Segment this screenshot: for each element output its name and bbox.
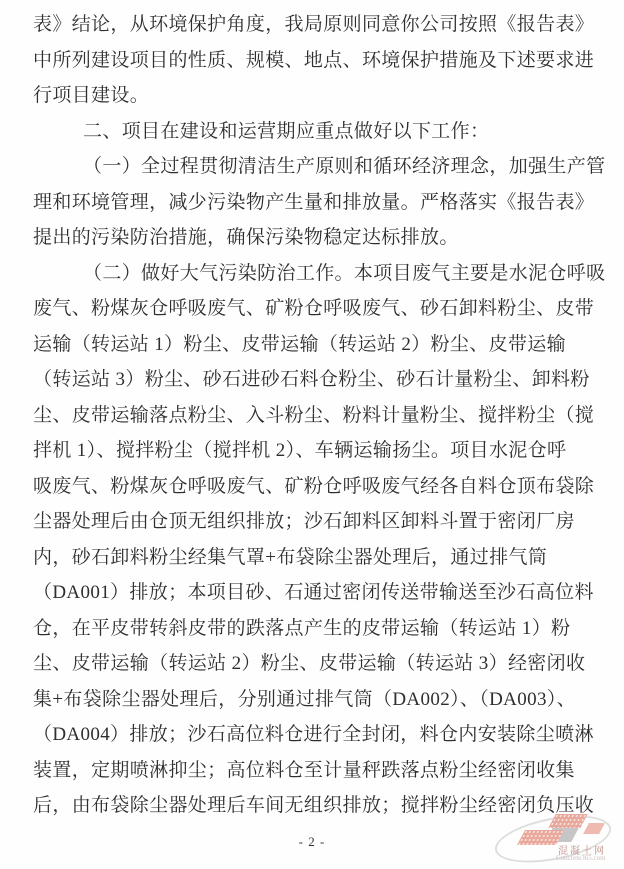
text-line: （一）全过程贯彻清洁生产原则和循环经济理念，加强生产管: [33, 149, 596, 185]
text-line: 中所列建设项目的性质、规模、地点、环境保护措施及下述要求进: [33, 43, 596, 79]
text-line: 二、项目在建设和运营期应重点做好以下工作：: [33, 114, 596, 150]
text-line: 表》结论，从环境保护角度，我局原则同意你公司按照《报告表》: [33, 7, 596, 43]
text-line: 内，砂石卸料粉尘经集气罩+布袋除尘器处理后，通过排气筒: [33, 540, 596, 576]
text-line: 尘器处理后由仓顶无组织排放；沙石卸料区卸料斗置于密闭厂房: [33, 504, 596, 540]
text-line: 行项目建设。: [33, 78, 596, 114]
text-line: 仓，在平皮带转斜皮带的跌落点产生的皮带运输（转运站 1）粉: [33, 611, 596, 647]
text-line: 集+布袋除尘器处理后，分别通过排气筒（DA002）、（DA003）、: [33, 682, 596, 718]
text-line: 提出的污染防治措施，确保污染物稳定达标排放。: [33, 220, 596, 256]
text-line: （DA001）排放；本项目砂、石通过密闭传送带输送至沙石高位料: [33, 575, 596, 611]
text-line: （二）做好大气污染防治工作。本项目废气主要是水泥仓呼吸: [33, 256, 596, 292]
concrete365-watermark-logo: 混凝土网 Concrete365.com: [490, 808, 622, 868]
document-page: 表》结论，从环境保护角度，我局原则同意你公司按照《报告表》 中所列建设项目的性质…: [0, 0, 624, 869]
text-line: （转运站 3）粉尘、砂石进砂石料仓粉尘、砂石计量粉尘、卸料粉: [33, 362, 596, 398]
text-line: 吸废气、粉煤灰仓呼吸废气、矿粉仓呼吸废气经各自料仓顶布袋除: [33, 469, 596, 505]
watermark-site-domain: Concrete365.com: [556, 854, 606, 862]
text-line: 装置，定期喷淋抑尘；高位料仓至计量秤跌落点粉尘经密闭收集: [33, 753, 596, 789]
text-line: 尘、皮带运输落点粉尘、入斗粉尘、粉料计量粉尘、搅拌粉尘（搅: [33, 398, 596, 434]
text-line: 理和环境管理，减少污染物产生量和排放量。严格落实《报告表》: [33, 185, 596, 221]
text-line: 尘、皮带运输（转运站 2）粉尘、皮带运输（转运站 3）经密闭收: [33, 646, 596, 682]
text-line: 拌机 1）、搅拌粉尘（搅拌机 2）、车辆运输扬尘。项目水泥仓呼: [33, 433, 596, 469]
watermark-parallelogram-icon: [517, 830, 564, 845]
text-line: 运输（转运站 1）粉尘、皮带运输（转运站 2）粉尘、皮带运输: [33, 327, 596, 363]
text-line: 废气、粉煤灰仓呼吸废气、矿粉仓呼吸废气、砂石卸料粉尘、皮带: [33, 291, 596, 327]
document-body: 表》结论，从环境保护角度，我局原则同意你公司按照《报告表》 中所列建设项目的性质…: [33, 7, 596, 824]
text-line: （DA004）排放；沙石高位料仓进行全封闭，料仓内安装除尘喷淋: [33, 717, 596, 753]
page-number: - 2 -: [299, 834, 326, 849]
